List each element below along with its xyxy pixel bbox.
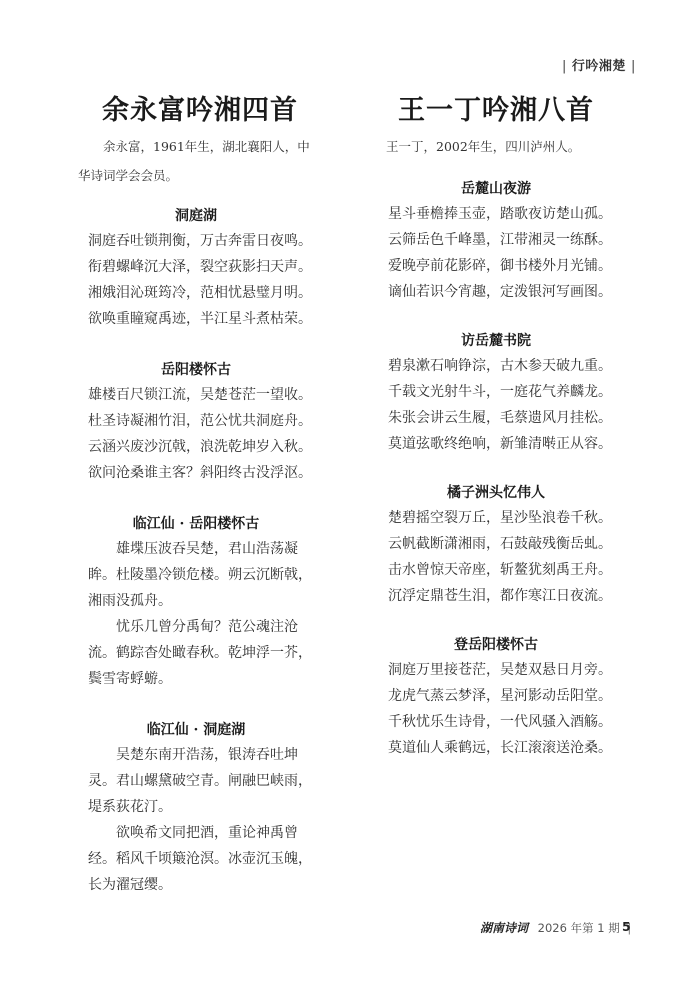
poem-line: 击水曾惊天帝座，斩鳌犹刻禹王舟。 — [380, 557, 612, 583]
ci-paragraph: 雄堞压波吞吴楚，君山浩荡凝眸。杜陵墨冷锁危楼。朔云沉断戟，湘雨没孤舟。 — [80, 536, 312, 614]
section-tag: | 行吟湘楚 | — [562, 55, 636, 74]
poem-line: 朱张会讲云生履，毛蔡遗风月挂松。 — [380, 405, 612, 431]
poem-title: 洞庭湖 — [80, 204, 312, 228]
poem-line: 千秋忧乐生诗骨，一代风骚入酒觞。 — [380, 709, 612, 735]
tag-bar-right: | — [631, 59, 636, 74]
ci-paragraph: 忧乐几曾分禹甸？范公魂注沧流。鹤踪杳处瞰春秋。乾坤浮一芥，鬓雪寄蜉蝣。 — [80, 614, 312, 692]
poem: 临江仙 · 洞庭湖 吴楚东南开浩荡，银涛吞吐坤灵。君山螺黛破空青。闸融巴峡雨，堤… — [80, 718, 312, 898]
poem: 访岳麓书院 碧泉漱石响铮淙，古木参天破九重。 千载文光射牛斗，一庭花气养麟龙。 … — [380, 329, 612, 457]
poem: 登岳阳楼怀古 洞庭万里接苍茫，吴楚双悬日月旁。 龙虎气蒸云梦泽，星河影动岳阳堂。… — [380, 633, 612, 761]
poem-line: 洞庭吞吐锁荆衡，万古奔雷日夜鸣。 — [80, 228, 312, 254]
page-number: 5 — [622, 919, 631, 934]
poem-title: 临江仙 · 岳阳楼怀古 — [80, 512, 312, 536]
page-footer: 湖南诗词 2026 年第 1 期 | 5 — [480, 919, 631, 936]
poem-line: 碧泉漱石响铮淙，古木参天破九重。 — [380, 353, 612, 379]
magazine-logo: 湖南诗词 — [480, 921, 528, 935]
poem-line: 爱晚亭前花影碎，御书楼外月光铺。 — [380, 253, 612, 279]
poem: 橘子洲头忆伟人 楚碧摇空裂万丘，星沙坠浪卷千秋。 云帆截断潇湘雨，石鼓敲残衡岳虬… — [380, 481, 612, 609]
tag-bar-left: | — [562, 59, 567, 74]
right-column: 王一丁吟湘八首 王一丁，2002年生，四川泸州人。 岳麓山夜游 星斗垂檐捧玉壶，… — [380, 92, 612, 761]
poem-line: 星斗垂檐捧玉壶，踏歌夜访楚山孤。 — [380, 201, 612, 227]
poem-line: 莫道弦歌终绝响，新雏清啭正从容。 — [380, 431, 612, 457]
poem-line: 衔碧螺峰沉大泽，裂空荻影扫天声。 — [80, 254, 312, 280]
poem-title: 临江仙 · 洞庭湖 — [80, 718, 312, 742]
ci-paragraph: 吴楚东南开浩荡，银涛吞吐坤灵。君山螺黛破空青。闸融巴峡雨，堤系荻花汀。 — [80, 742, 312, 820]
poem-line: 欲问沧桑谁主客？斜阳终古没浮沤。 — [80, 460, 312, 486]
left-column: 余永富吟湘四首 余永富，1961年生，湖北襄阳人，中华诗词学会会员。 洞庭湖 洞… — [80, 92, 312, 898]
poem-line: 楚碧摇空裂万丘，星沙坠浪卷千秋。 — [380, 505, 612, 531]
poem: 岳阳楼怀古 雄楼百尺锁江流，吴楚苍茫一望收。 杜圣诗凝湘竹泪，范公忧共洞庭舟。 … — [80, 358, 312, 486]
section-tag-label: 行吟湘楚 — [572, 59, 626, 74]
poem-line: 莫道仙人乘鹤远，长江滚滚送沧桑。 — [380, 735, 612, 761]
poem-line: 千载文光射牛斗，一庭花气养麟龙。 — [380, 379, 612, 405]
poem-line: 云涵兴废沙沉戟，浪洗乾坤岁入秋。 — [80, 434, 312, 460]
poem: 洞庭湖 洞庭吞吐锁荆衡，万古奔雷日夜鸣。 衔碧螺峰沉大泽，裂空荻影扫天声。 湘娥… — [80, 204, 312, 332]
poem-title: 访岳麓书院 — [380, 329, 612, 353]
poem-line: 云帆截断潇湘雨，石鼓敲残衡岳虬。 — [380, 531, 612, 557]
issue-label: 2026 年第 1 期 — [538, 921, 620, 935]
poem-title: 登岳阳楼怀古 — [380, 633, 612, 657]
poem-line: 湘娥泪沁斑筠冷，范相忧悬璧月明。 — [80, 280, 312, 306]
right-main-title: 王一丁吟湘八首 — [380, 92, 612, 130]
left-author-bio: 余永富，1961年生，湖北襄阳人，中华诗词学会会员。 — [78, 132, 312, 190]
poem-title: 橘子洲头忆伟人 — [380, 481, 612, 505]
poem-line: 洞庭万里接苍茫，吴楚双悬日月旁。 — [380, 657, 612, 683]
poem-title: 岳麓山夜游 — [380, 177, 612, 201]
right-author-bio: 王一丁，2002年生，四川泸州人。 — [380, 132, 612, 161]
poem-title: 岳阳楼怀古 — [80, 358, 312, 382]
poem: 岳麓山夜游 星斗垂檐捧玉壶，踏歌夜访楚山孤。 云筛岳色千峰墨，江带湘灵一练酥。 … — [380, 177, 612, 305]
poem-line: 欲唤重瞳窥禹迹，半江星斗煮枯荣。 — [80, 306, 312, 332]
poem-line: 龙虎气蒸云梦泽，星河影动岳阳堂。 — [380, 683, 612, 709]
poem-line: 谪仙若识今宵趣，定泼银河写画图。 — [380, 279, 612, 305]
poem-line: 杜圣诗凝湘竹泪，范公忧共洞庭舟。 — [80, 408, 312, 434]
poem-line: 沉浮定鼎苍生泪，都作寒江日夜流。 — [380, 583, 612, 609]
left-main-title: 余永富吟湘四首 — [88, 92, 312, 130]
poem-line: 雄楼百尺锁江流，吴楚苍茫一望收。 — [80, 382, 312, 408]
poem: 临江仙 · 岳阳楼怀古 雄堞压波吞吴楚，君山浩荡凝眸。杜陵墨冷锁危楼。朔云沉断戟… — [80, 512, 312, 692]
poem-line: 云筛岳色千峰墨，江带湘灵一练酥。 — [380, 227, 612, 253]
ci-paragraph: 欲唤希文同把酒，重论神禹曾经。稻风千顷簸沧溟。冰壶沉玉魄，长为濯冠缨。 — [80, 820, 312, 898]
